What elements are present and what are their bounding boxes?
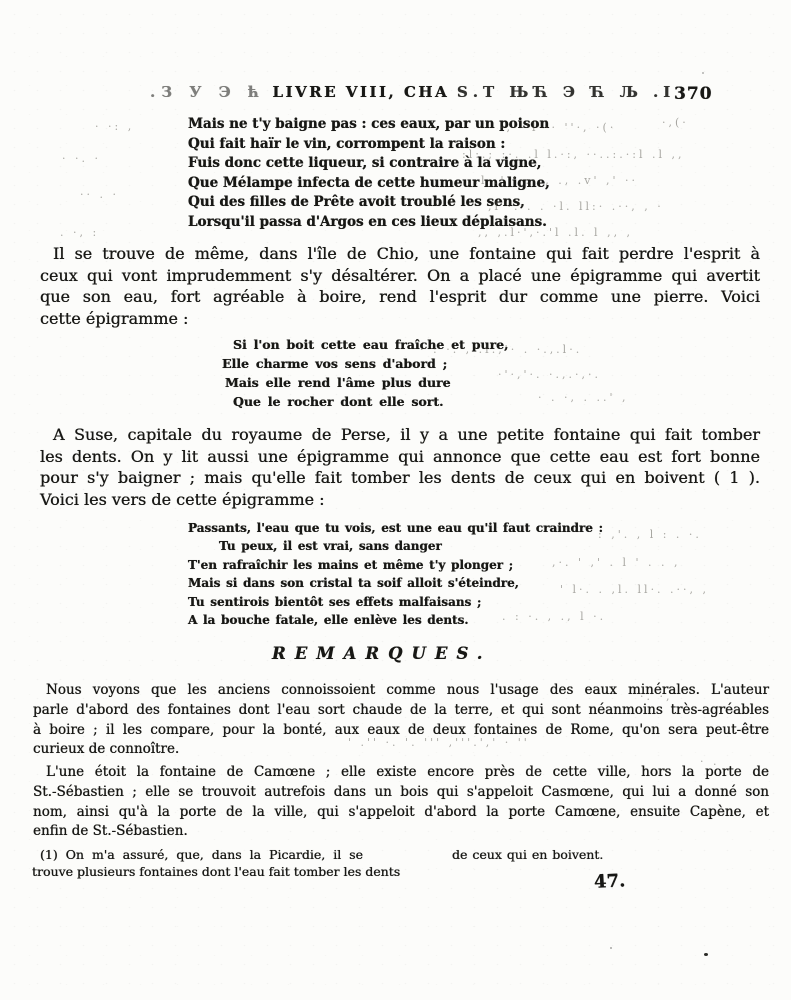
paragraph-line: cette épigramme :: [40, 308, 760, 330]
bleed-through-text: ,, ,.l·',·.'l .l. l ,, ,: [478, 226, 633, 239]
paragraph-line: St.-Sébastien ; elle se trouvoit autrefo…: [33, 783, 769, 803]
bleed-through-text: . ·, :: [60, 226, 99, 239]
bleed-through-text: · ·: ,: [95, 120, 134, 133]
bleed-through-text: ·,(·: [662, 116, 689, 129]
epigram-line: Que le rocher dont elle sort.: [222, 392, 508, 411]
ink-speck: [610, 947, 612, 949]
bleed-through-text: ·· . ·: [80, 188, 119, 201]
chapter-title: LIVRE VIII, CHA: [272, 83, 449, 101]
bleed-through-text: ' .'' ·. '. ''' ,'''.',' · '': [348, 736, 530, 749]
paragraph-line: Voici les vers de cette épigramme :: [40, 489, 760, 511]
footnote-right-column: de ceux qui en boivent.: [452, 847, 603, 862]
bleed-through-text: ,·. ' ,' . l ' . . ,: [552, 556, 681, 569]
epigram-line: Tu peux, il est vrai, sans danger: [188, 537, 603, 555]
epigram-line: Tu sentirois bientôt ses effets malfaisa…: [188, 593, 603, 611]
epigram-line: Elle charme vos sens d'abord ;: [222, 354, 508, 373]
bleed-through-text: . : ·. , ., l ·.: [502, 610, 606, 623]
bleed-through-text: : ,'. , l : . ·.: [598, 528, 702, 541]
paragraph-line: parle d'abord des fontaines dont l'eau s…: [33, 701, 769, 721]
bleed-through-text: ·. ·,: [640, 690, 672, 703]
footnote-left-line-2: trouve plusieurs fontaines dont l'eau fa…: [32, 864, 400, 879]
page-number: 370: [674, 84, 713, 104]
scanned-book-page: .З У Э ћ LIVRE VIII, CHA Ѕ.Т ЊЋ Э Ћ Љ .І…: [0, 0, 791, 1000]
bleed-through-text: · : ·. , .l.,'· . ·.,.l·.: [420, 343, 582, 356]
epigram-line: Mais elle rend l'âme plus dure: [222, 373, 508, 392]
bleed-through-text: ' l·. . ,l. ll·. .··, ,: [560, 583, 709, 596]
bleed-through-text: ,l ·.·. . ·l. ll:· .··, , ·: [488, 200, 664, 213]
epigram-line: Passants, l'eau que tu vois, est une eau…: [188, 519, 603, 537]
verse-line: Mais ne t'y baigne pas : ces eaux, par u…: [188, 115, 550, 135]
bleed-through-text: · . ·, . ..' ,: [538, 391, 628, 404]
remarks-paragraph-2: L'une étoit la fontaine de Camœne ; elle…: [33, 763, 769, 842]
paragraph-line: A Suse, capitale du royaume de Perse, il…: [40, 424, 760, 446]
paragraph-line: enfin de St.-Sébastien.: [33, 822, 769, 842]
bleed-through-text: · .: [700, 755, 720, 768]
footnote-left-line-1: (1) On m'a assuré, que, dans la Picardie…: [40, 847, 363, 862]
bleed-through-text: .З У Э ћ: [150, 83, 265, 101]
paragraph-line: les dents. On y lit aussi une épigramme …: [40, 446, 760, 468]
running-head: .З У Э ћ LIVRE VIII, CHA Ѕ.Т ЊЋ Э Ћ Љ .І: [150, 83, 675, 101]
epigram-line: T'en rafraîchir les mains et même t'y pl…: [188, 556, 603, 574]
bleed-through-text: ·,··'l ·· ''·, ·(·: [500, 121, 616, 134]
paragraph-line: pour s'y baigner ; mais qu'elle fait tom…: [40, 467, 760, 489]
remarques-heading: REMARQUES.: [272, 644, 491, 663]
bleed-through-text: · ·. ·: [62, 152, 101, 165]
paragraph-line: que son eau, fort agréable à boire, rend…: [40, 286, 760, 308]
ink-speck: [704, 953, 708, 956]
bleed-through-text: Ѕ.Т ЊЋ Э Ћ Љ .І: [457, 83, 675, 101]
bleed-through-text: ·'·,'·. ·.,.·,·.: [498, 368, 601, 381]
bleed-through-text: :l:.; :·. .l l.·:, ··..:.·:l .l ,,: [462, 148, 684, 161]
paragraph-suse: A Suse, capitale du royaume de Perse, il…: [40, 424, 760, 510]
bleed-through-text: ,.l·.' ' :·., ., .v' ,' ··: [468, 174, 638, 187]
paragraph-chio: Il se trouve de même, dans l'île de Chio…: [40, 243, 760, 329]
paragraph-line: L'une étoit la fontaine de Camœne ; elle…: [33, 763, 769, 783]
paragraph-line: nom, ainsi qu'à la porte de la ville, qu…: [33, 803, 769, 823]
paragraph-line: Il se trouve de même, dans l'île de Chio…: [40, 243, 760, 265]
signature-mark: 47.: [593, 870, 625, 893]
paragraph-line: ceux qui vont imprudemment s'y désaltére…: [40, 265, 760, 287]
ink-speck: [702, 72, 704, 74]
epigram-line: Mais si dans son cristal ta soif alloit …: [188, 574, 603, 592]
